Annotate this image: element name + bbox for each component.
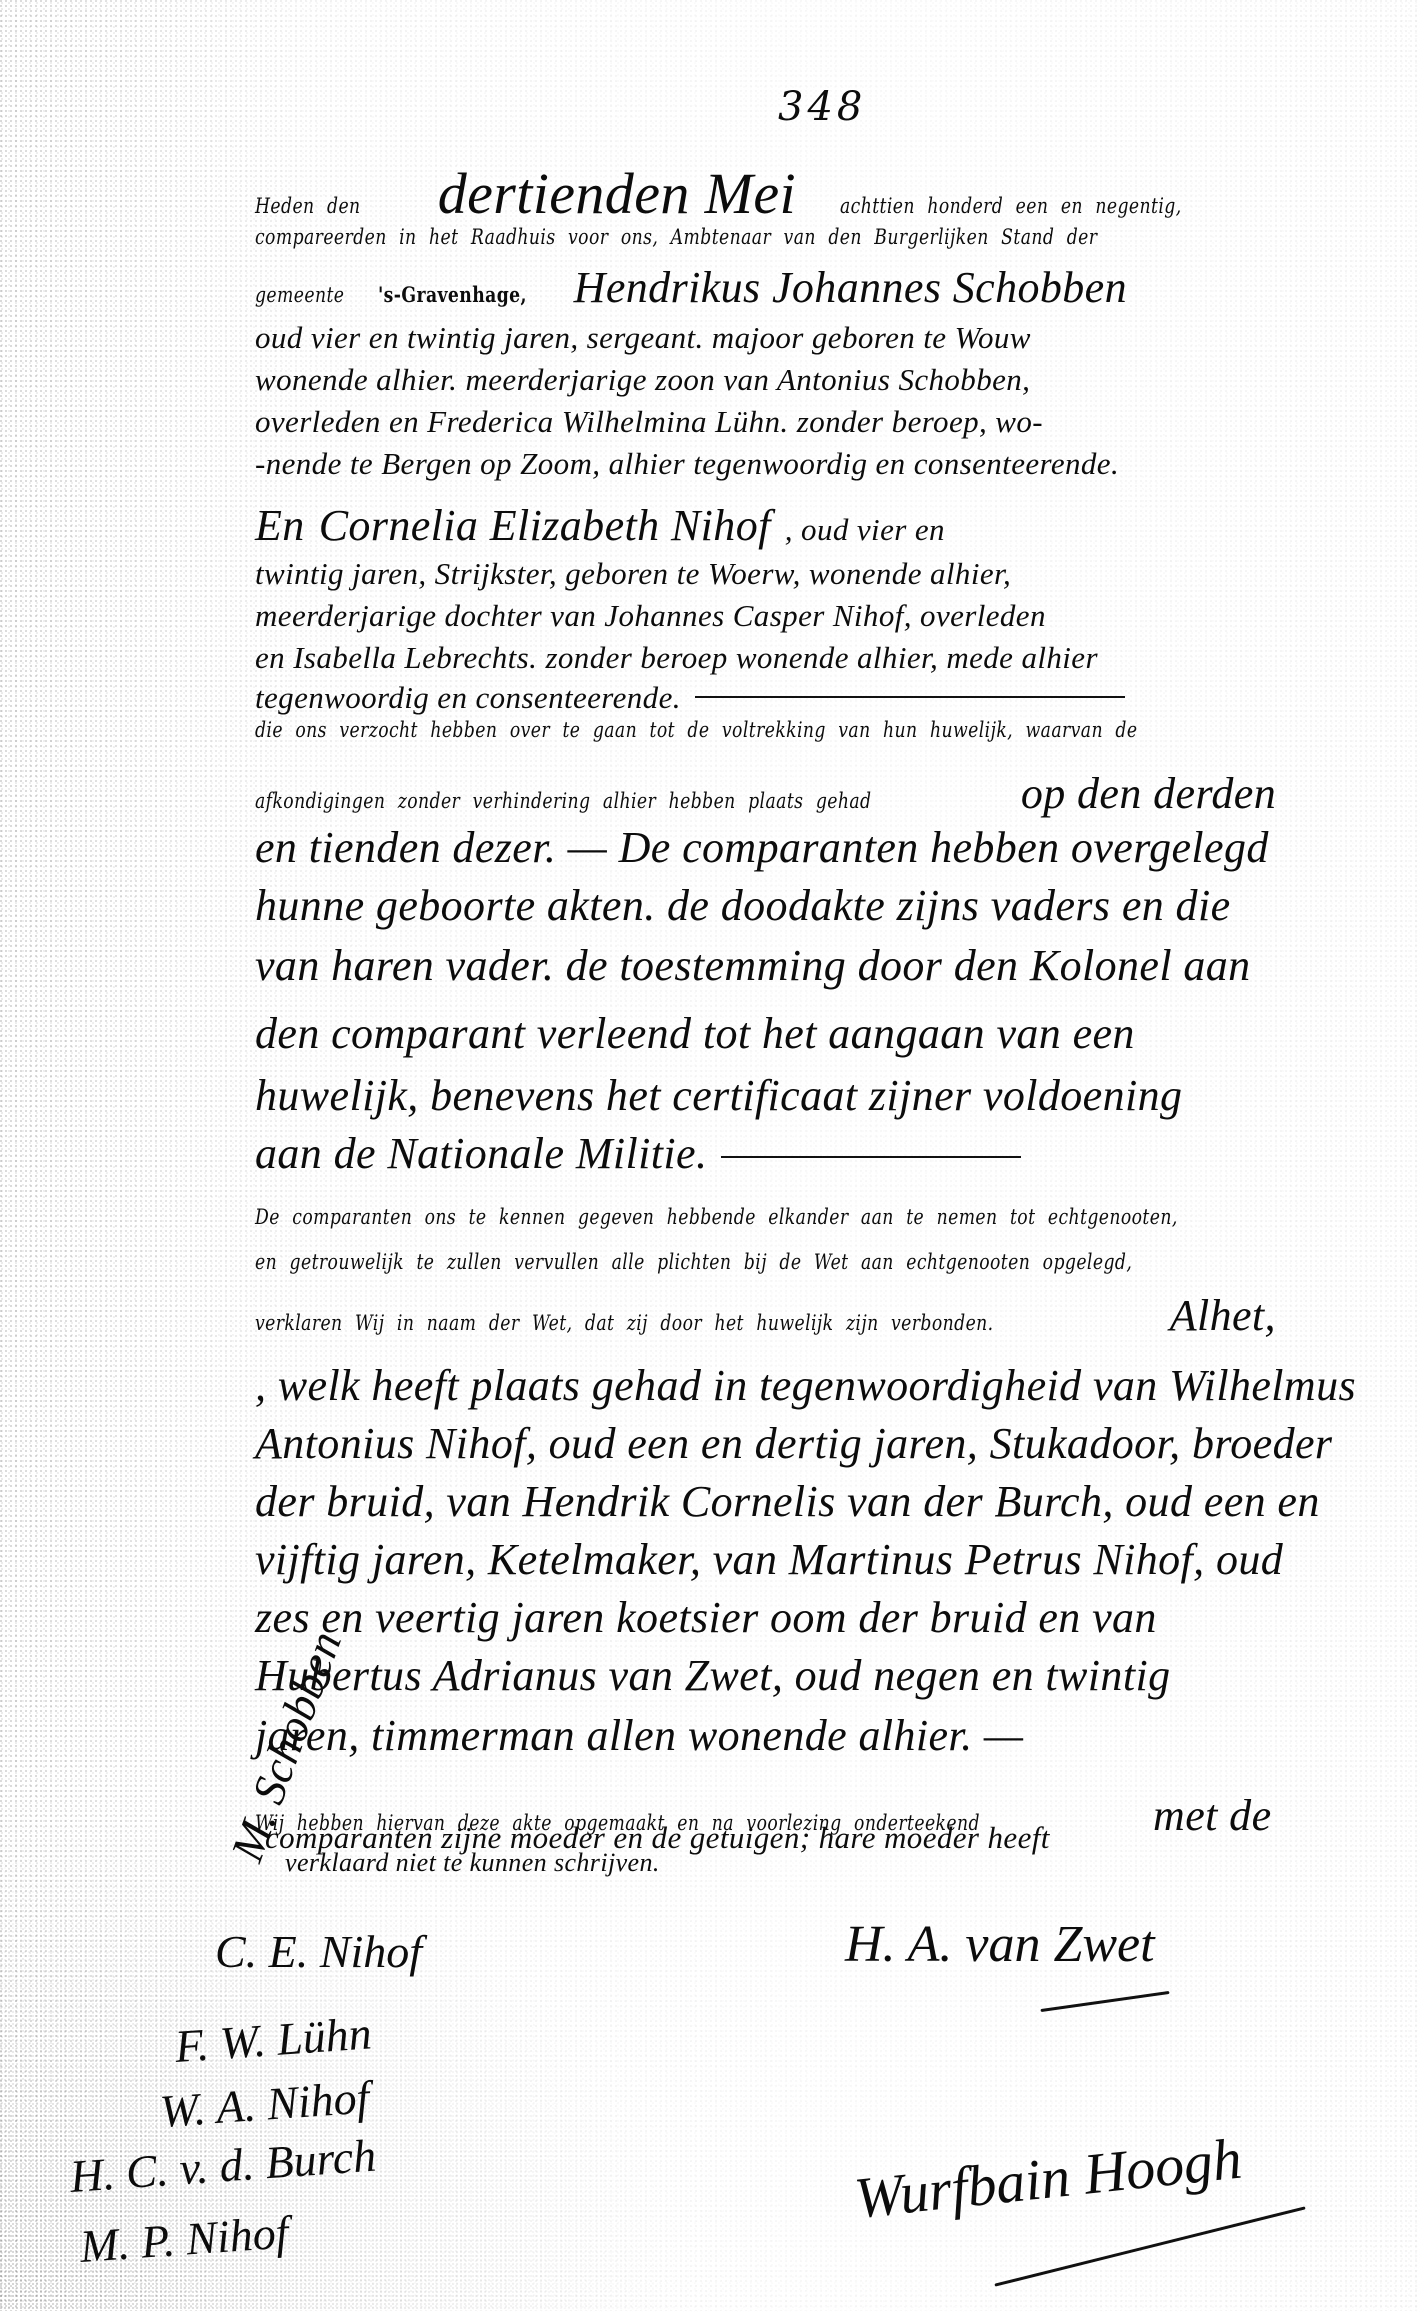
bride-father: meerderjarige dochter van Johannes Caspe…	[255, 598, 1046, 634]
handwritten-documents-intro: en tienden dezer. — De comparanten hebbe…	[255, 822, 1269, 873]
printed-city: 's-Gravenhage,	[378, 282, 527, 307]
witness-line: der bruid, van Hendrik Cornelis van der …	[255, 1476, 1385, 1527]
witness-line: Hubertus Adrianus van Zwet, oud negen en…	[255, 1650, 1385, 1701]
signature-flourish	[1040, 1991, 1169, 2012]
request-line-1: die ons verzocht hebben over te gaan tot…	[255, 718, 1385, 742]
folio-number: 348	[778, 84, 866, 130]
printed-request: die ons verzocht hebben over te gaan tot…	[255, 718, 1137, 742]
groom-detail-line: wonende alhier. meerderjarige zoon van A…	[255, 362, 1385, 398]
groom-father: wonende alhier. meerderjarige zoon van A…	[255, 362, 1030, 398]
printed-gemeente: gemeente	[255, 283, 344, 307]
signature-van-der-burch: H. C. v. d. Burch	[68, 2129, 378, 2203]
handwritten-date: dertienden Mei	[438, 160, 796, 227]
groom-age-occupation: oud vier en twintig jaren, sergeant. maj…	[255, 320, 1031, 356]
request-line-2: afkondigingen zonder verhindering alhier…	[255, 768, 1385, 819]
signature-flourish	[994, 2206, 1305, 2286]
witness-intro: , welk heeft plaats gehad in tegenwoordi…	[255, 1360, 1356, 1411]
request-hand-line: van haren vader. de toestemming door den…	[255, 940, 1385, 991]
handwritten-groom-name: Hendrikus Johannes Schobben	[574, 262, 1127, 313]
bride-occupation-birthplace: twintig jaren, Strijkster, geboren te Wo…	[255, 556, 1011, 592]
conjunction-en: En	[255, 500, 305, 551]
opening-line-3: gemeente 's-Gravenhage, Hendrikus Johann…	[255, 262, 1385, 313]
witness-hendrik: der bruid, van Hendrik Cornelis van der …	[255, 1476, 1320, 1527]
signature-bride: C. E. Nihof	[215, 1925, 422, 1978]
witness-line: jaren, timmerman allen wonende alhier. —	[255, 1710, 1385, 1761]
witness-line: zes en veertig jaren koetsier oom der br…	[255, 1592, 1385, 1643]
witness-line: vijftig jaren, Ketelmaker, van Martinus …	[255, 1534, 1385, 1585]
handwritten-birth-certificates: hunne geboorte akten. de doodakte zijns …	[255, 880, 1231, 931]
witness-hubertus: Hubertus Adrianus van Zwet, oud negen en…	[255, 1650, 1170, 1701]
request-hand-line: en tienden dezer. — De comparanten hebbe…	[255, 822, 1385, 873]
bride-age-start: , oud vier en	[785, 512, 945, 548]
signature-luhn: F. W. Lühn	[173, 2006, 373, 2073]
groom-mother-residence: -nende te Bergen op Zoom, alhier tegenwo…	[255, 446, 1119, 482]
bride-mother: en Isabella Lebrechts. zonder beroep won…	[255, 640, 1098, 676]
fill-line	[695, 696, 1125, 698]
signature-van-zwet: H. A. van Zwet	[845, 1915, 1155, 1974]
printed-duties: en getrouwelijk te zullen vervullen alle…	[255, 1250, 1132, 1274]
witness-residence: jaren, timmerman allen wonende alhier. —	[255, 1710, 1023, 1761]
witness-line: Antonius Nihof, oud een en dertig jaren,…	[255, 1418, 1385, 1469]
handwritten-bride-name: Cornelia Elizabeth Nihof	[319, 500, 771, 551]
closing-hand-line: verklaard niet te kunnen schrijven.	[285, 1848, 1415, 1878]
request-hand-line: hunne geboorte akten. de doodakte zijns …	[255, 880, 1385, 931]
groom-detail-line: -nende te Bergen op Zoom, alhier tegenwo…	[255, 446, 1385, 482]
signature-official: Wurfbain Hoogh	[851, 2125, 1244, 2232]
request-hand-line: huwelijk, benevens het certificaat zijne…	[255, 1070, 1385, 1121]
request-hand-line: den comparant verleend tot het aangaan v…	[255, 1008, 1385, 1059]
handwritten-comparant: den comparant verleend tot het aangaan v…	[255, 1008, 1135, 1059]
opening-line-1: Heden den dertienden Mei achttien honder…	[255, 160, 1385, 227]
signature-martinus-nihof: M. P. Nihof	[78, 2206, 290, 2273]
printed-verklaren: verklaren Wij in naam der Wet, dat zij d…	[255, 1311, 994, 1335]
handwritten-alhet: Alhet,	[1170, 1290, 1276, 1341]
handwritten-colonel-consent: van haren vader. de toestemming door den…	[255, 940, 1251, 991]
bride-detail-line: en Isabella Lebrechts. zonder beroep won…	[255, 640, 1385, 676]
printed-afkondigingen: afkondigingen zonder verhindering alhier…	[255, 789, 871, 813]
declaration-line-3: verklaren Wij in naam der Wet, dat zij d…	[255, 1290, 1385, 1341]
fill-line	[721, 1156, 1021, 1158]
request-hand-line: aan de Nationale Militie.	[255, 1128, 1385, 1179]
declaration-line-1: De comparanten ons te kennen gegeven heb…	[255, 1205, 1385, 1229]
witness-koetsier: zes en veertig jaren koetsier oom der br…	[255, 1592, 1157, 1643]
opening-line-2: compareerden in het Raadhuis voor ons, A…	[255, 225, 1385, 249]
groom-mother: overleden en Frederica Wilhelmina Lühn. …	[255, 404, 1043, 440]
printed-heden-den: Heden den	[255, 194, 361, 218]
bride-detail-line: twintig jaren, Strijkster, geboren te Wo…	[255, 556, 1385, 592]
printed-declaration: De comparanten ons te kennen gegeven heb…	[255, 1205, 1178, 1229]
bride-consent: tegenwoordig en consenteerende.	[255, 680, 681, 716]
groom-detail-line: oud vier en twintig jaren, sergeant. maj…	[255, 320, 1385, 356]
handwritten-certificate: huwelijk, benevens het certificaat zijne…	[255, 1070, 1182, 1121]
signature-wilhelmus-nihof: W. A. Nihof	[158, 2070, 371, 2137]
bride-line-1: En Cornelia Elizabeth Nihof , oud vier e…	[255, 500, 1385, 551]
printed-year: achttien honderd een en negentig,	[840, 194, 1182, 218]
bride-detail-line: meerderjarige dochter van Johannes Caspe…	[255, 598, 1385, 634]
handwritten-proclamation-date: op den derden	[1021, 768, 1276, 819]
closing-cannot-write: verklaard niet te kunnen schrijven.	[285, 1848, 660, 1878]
bride-detail-line: tegenwoordig en consenteerende.	[255, 680, 1385, 716]
witness-martinus: vijftig jaren, Ketelmaker, van Martinus …	[255, 1534, 1283, 1585]
witness-wilhelmus: Antonius Nihof, oud een en dertig jaren,…	[255, 1418, 1332, 1469]
declaration-line-2: en getrouwelijk te zullen vervullen alle…	[255, 1250, 1385, 1274]
printed-compareerden: compareerden in het Raadhuis voor ons, A…	[255, 225, 1097, 249]
marriage-record-page: 348 Heden den dertienden Mei achttien ho…	[0, 0, 1418, 2311]
groom-detail-line: overleden en Frederica Wilhelmina Lühn. …	[255, 404, 1385, 440]
witness-line: , welk heeft plaats gehad in tegenwoordi…	[255, 1360, 1385, 1411]
handwritten-militie: aan de Nationale Militie.	[255, 1128, 707, 1179]
